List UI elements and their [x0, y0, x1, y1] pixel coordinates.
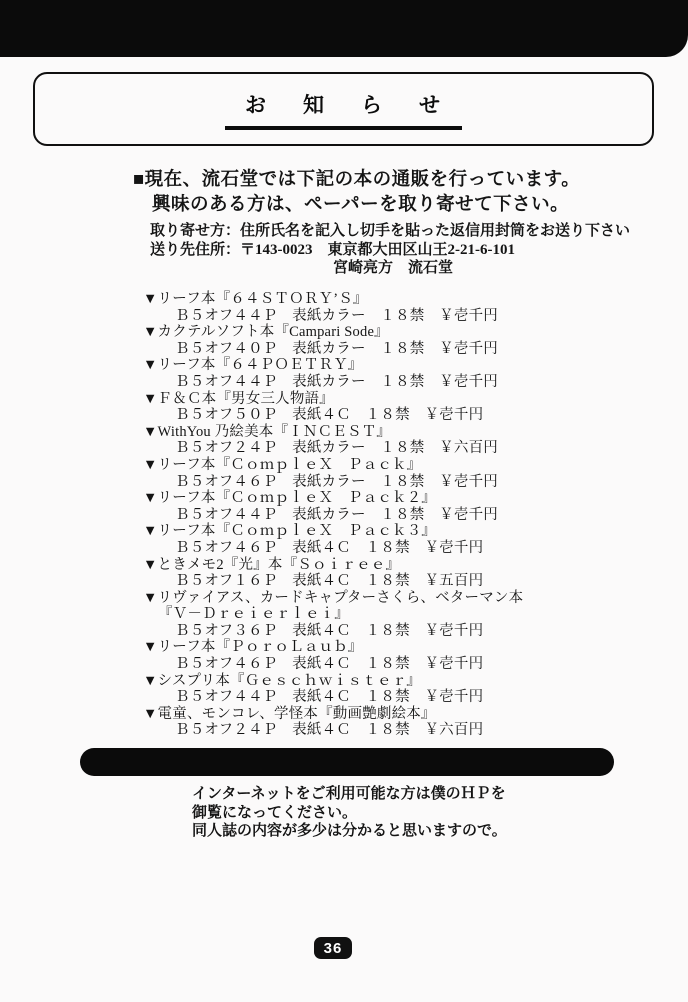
book-detail: Ｂ５オフ４４Ｐ 表紙カラー １８禁 ￥壱千円	[143, 507, 523, 524]
book-detail: Ｂ５オフ４６Ｐ 表紙４Ｃ １８禁 ￥壱千円	[143, 656, 523, 673]
footer-note-line: インターネットをご利用可能な方は僕のＨＰを	[192, 785, 507, 804]
book-detail: Ｂ５オフ２４Ｐ 表紙４Ｃ １８禁 ￥六百円	[143, 722, 523, 739]
order-info: 取り寄せ方：住所氏名を記入し切手を貼った返信用封筒をお送り下さい 送り先住所：〒…	[150, 222, 630, 278]
notice-box: お 知 ら せ	[33, 72, 654, 146]
divider-bar	[80, 748, 614, 776]
intro-line-2: 興味のある方は、ペーパーを取り寄せて下さい。	[133, 193, 580, 218]
book-detail: Ｂ５オフ４４Ｐ 表紙４Ｃ １８禁 ￥壱千円	[143, 689, 523, 706]
book-title: ▼リーフ本『ＣｏｍｐｌｅＸ Ｐａｃｋ』	[143, 457, 523, 474]
book-list: ▼リーフ本『６４ＳＴＯＲＹ’Ｓ』Ｂ５オフ４４Ｐ 表紙カラー １８禁 ￥壱千円▼カ…	[143, 291, 523, 739]
book-detail: Ｂ５オフ１６Ｐ 表紙４Ｃ １８禁 ￥五百円	[143, 573, 523, 590]
notice-title: お 知 ら せ	[225, 89, 462, 130]
book-detail: Ｂ５オフ２４Ｐ 表紙カラー １８禁 ￥六百円	[143, 440, 523, 457]
book-detail: Ｂ５オフ４４Ｐ 表紙カラー １８禁 ￥壱千円	[143, 308, 523, 325]
page-number-text: 36	[324, 940, 343, 957]
book-title: ▼リーフ本『ＣｏｍｐｌｅＸ Ｐａｃｋ２』	[143, 490, 523, 507]
book-title: ▼シスプリ本『Ｇｅｓｃｈｗｉｓｔｅｒ』	[143, 673, 523, 690]
order-address-line: 送り先住所：〒143-0023 東京都大田区山王2-21-6-101	[150, 241, 630, 260]
top-black-bar	[0, 0, 688, 57]
book-detail: Ｂ５オフ３６Ｐ 表紙４Ｃ １８禁 ￥壱千円	[143, 623, 523, 640]
book-title: 『Ｖ－Ｄｒｅｉｅｒｌｅｉ』	[143, 606, 523, 623]
book-title: ▼リヴァイアス、カードキャプターさくら、ベターマン本	[143, 590, 523, 607]
intro-line-1: ■現在、流石堂では下記の本の通販を行っています。	[133, 168, 580, 193]
book-title: ▼リーフ本『６４ＰＯＥＴＲＹ』	[143, 357, 523, 374]
book-title: ▼Ｆ＆Ｃ本『男女三人物語』	[143, 391, 523, 408]
order-address-name: 宮崎亮方 流石堂	[150, 259, 630, 278]
book-title: ▼ときメモ2『光』本『Ｓｏｉｒｅｅ』	[143, 557, 523, 574]
book-title: ▼電童、モンコレ、学怪本『動画艶劇絵本』	[143, 706, 523, 723]
footer-note-line: 同人誌の内容が多少は分かると思いますので。	[192, 822, 507, 841]
book-title: ▼リーフ本『ＰｏｒｏＬａｕｂ』	[143, 639, 523, 656]
book-detail: Ｂ５オフ４４Ｐ 表紙カラー １８禁 ￥壱千円	[143, 374, 523, 391]
page-number-badge: 36	[314, 937, 352, 959]
book-title: ▼リーフ本『ＣｏｍｐｌｅＸ Ｐａｃｋ３』	[143, 523, 523, 540]
book-detail: Ｂ５オフ４０Ｐ 表紙カラー １８禁 ￥壱千円	[143, 341, 523, 358]
book-detail: Ｂ５オフ４６Ｐ 表紙４Ｃ １８禁 ￥壱千円	[143, 540, 523, 557]
footer-note-line: 御覧になってください。	[192, 804, 507, 823]
book-title: ▼WithYou 乃絵美本『ＩＮＣＥＳＴ』	[143, 424, 523, 441]
book-detail: Ｂ５オフ４６Ｐ 表紙カラー １８禁 ￥壱千円	[143, 474, 523, 491]
scanned-notice-page: お 知 ら せ ■現在、流石堂では下記の本の通販を行っています。 興味のある方は…	[0, 0, 688, 1002]
footer-note: インターネットをご利用可能な方は僕のＨＰを御覧になってください。同人誌の内容が多…	[192, 785, 507, 841]
book-title: ▼リーフ本『６４ＳＴＯＲＹ’Ｓ』	[143, 291, 523, 308]
book-detail: Ｂ５オフ５０Ｐ 表紙４Ｃ １８禁 ￥壱千円	[143, 407, 523, 424]
intro-text: ■現在、流石堂では下記の本の通販を行っています。 興味のある方は、ペーパーを取り…	[133, 168, 580, 218]
book-title: ▼カクテルソフト本『Campari Sode』	[143, 324, 523, 341]
order-howto-line: 取り寄せ方：住所氏名を記入し切手を貼った返信用封筒をお送り下さい	[150, 222, 630, 241]
